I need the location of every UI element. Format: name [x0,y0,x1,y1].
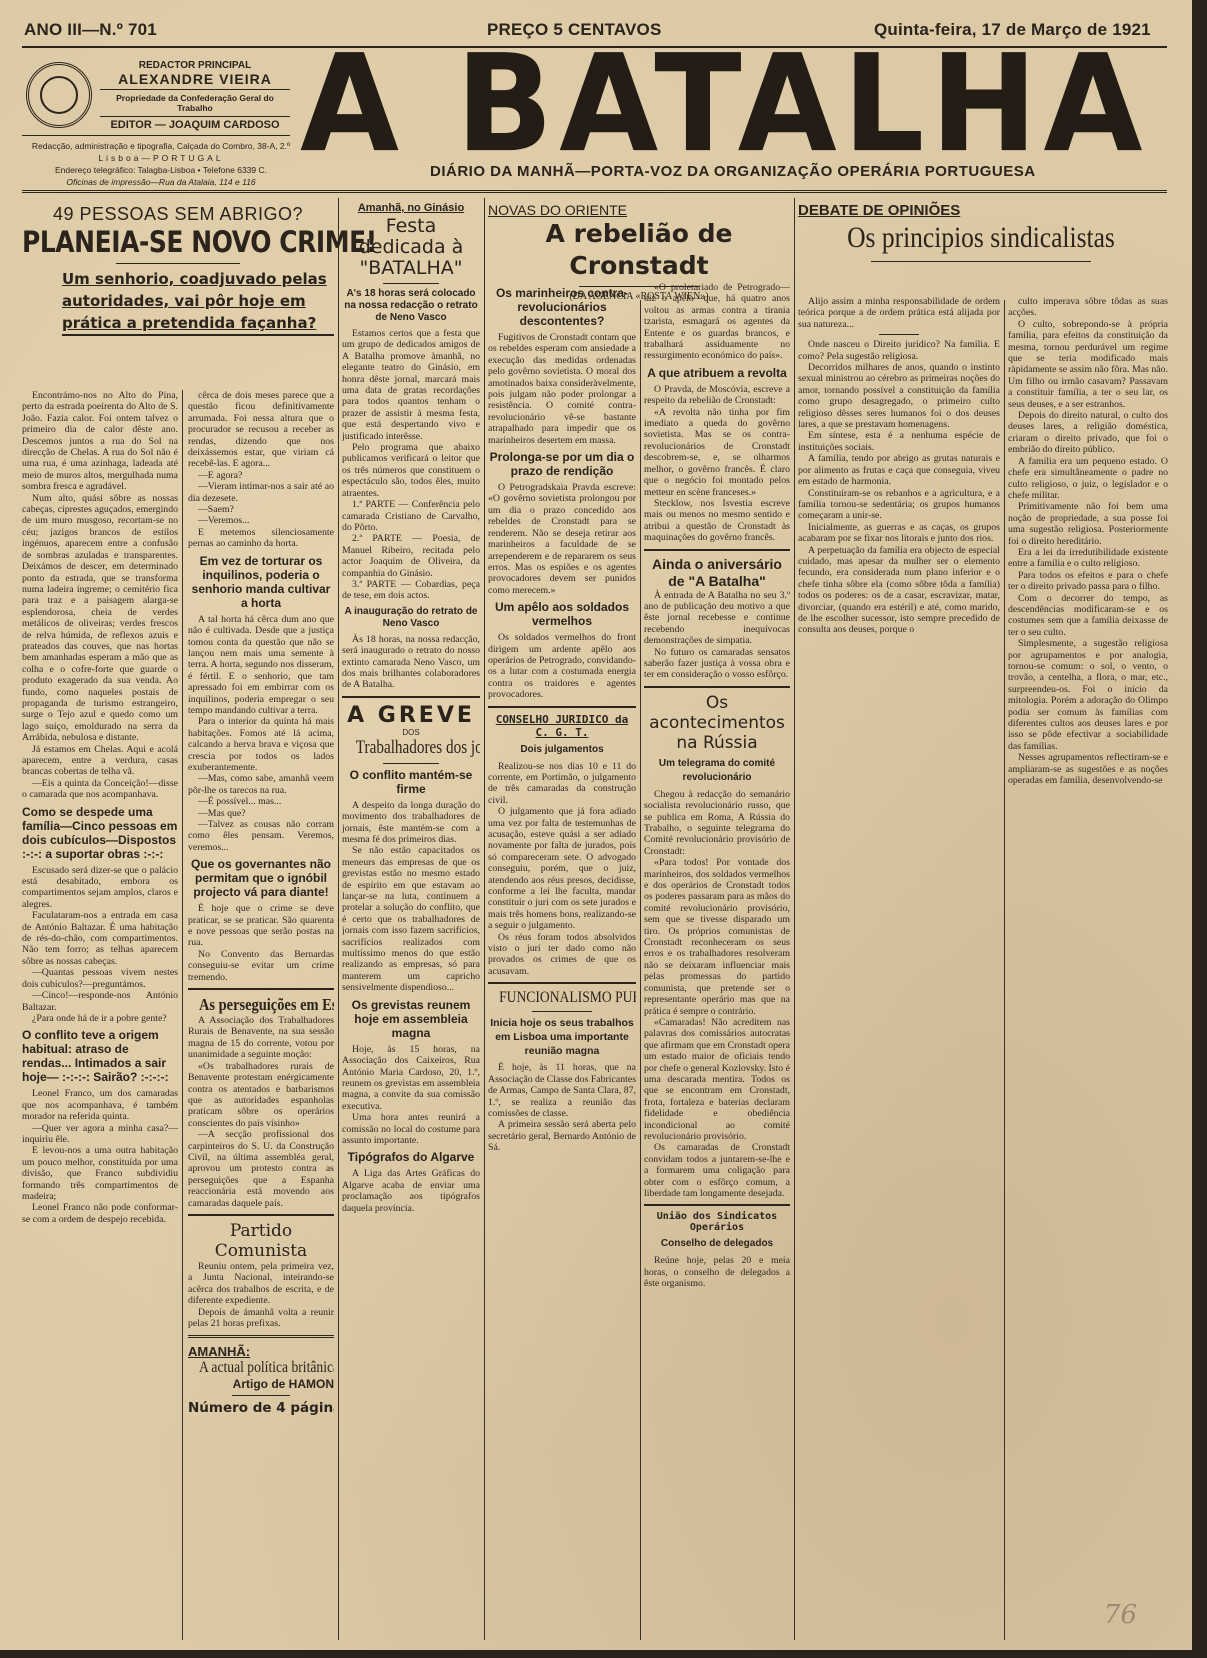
article-paragraph: Às 18 horas, na nossa redacção, será ina… [342,634,480,691]
communist-party-headline: Partido Comunista [188,1221,334,1261]
divider [383,283,438,284]
article-paragraph: Os réus foram todos absolvidos visto o j… [488,932,636,978]
article-paragraph: A perpetuação da família era objecto de … [798,545,1000,636]
city-line: Lisboa—PORTUGAL [26,152,296,164]
public-service-headline: FUNCIONALISMO PUBLICO [499,989,625,1007]
article-paragraph: Onde nasceu o Direito jurídico? Na famíl… [798,339,1000,362]
article-paragraph: Uma hora antes reunirá a comissão no loc… [342,1112,480,1146]
subheading: Tipógrafos do Algarve [342,1150,480,1164]
subheading: Os grevistas reunem hoje em assembleia m… [342,998,480,1040]
anniversary-headline: Ainda o aniversário de "A Batalha" [644,556,790,590]
column-5: «O proletariado de Petrogrado—diz o apêl… [644,282,790,1642]
column-2: cêrca de dois meses parece que a questão… [188,390,334,1642]
article-paragraph: O Pravda, de Moscóvia, escreve a respeit… [644,384,790,407]
article-paragraph: Se não estão capacitados os meneurs das … [342,845,480,993]
pages-note: Número de 4 páginas [188,1400,334,1416]
article-paragraph: A família era um pequeno estado. O chefe… [1008,456,1168,502]
article-paragraph: É hoje que o crime se deve praticar, se … [188,903,334,949]
masthead-credits: REDACTOR PRINCIPAL ALEXANDRE VIEIRA Prop… [100,60,290,131]
strike-headline: Trabalhadores dos jornais [356,737,466,759]
column-divider [640,300,641,1640]
article-paragraph: —Quantas pessoas vivem nestes dois cubíc… [22,967,178,990]
divider [644,549,790,551]
subheading: A inauguração do retrato de Neno Vasco [342,606,480,630]
russia-deck: Um telegrama do comité revolucionário [644,757,790,785]
article-paragraph: —Mas, como sabe, amanhã veem pôr-lhe os … [188,773,334,796]
address-line: Redacção, administração e tipografia, Ca… [26,140,296,152]
article-paragraph: No Convento das Bernardas conseguiu-se e… [188,949,334,983]
article-paragraph: Nesses agrupamentos reflectiram-se e amp… [1008,752,1168,786]
article-paragraph: —Veremos... [188,515,334,526]
subheading: Como se despede uma família—Cinco pessoa… [22,805,178,861]
article-paragraph: É hoje, às 11 horas, que na Associação d… [488,1062,636,1119]
divider [232,1395,290,1396]
debate-headline: Os principios sindicalistas [825,219,1136,257]
subheading: Um apêlo aos soldados vermelhos [488,600,636,628]
article-paragraph: 3.ª PARTE — Cobardias, peça de tese, em … [342,579,480,602]
article-paragraph: Fugitivos de Cronstadt contam que os reb… [488,332,636,446]
article-paragraph: Decorridos milhares de anos, quando o in… [798,362,1000,430]
article-paragraph: Em síntese, esta é a nenhuma espécie de … [798,430,1000,453]
column-4: Os marinheiros contra-revolucionários de… [488,282,636,1642]
credits-rule [22,135,290,136]
article-paragraph: ¿Para onde há de ir a pobre gente? [22,1013,178,1024]
article-paragraph: E metemos silenciosamente pernas ao cami… [188,527,334,550]
article-paragraph: À entrada de A Batalha no seu 3.º ano de… [644,590,790,647]
subheading: Prolonga-se por um dia o prazo de rendiç… [488,450,636,478]
cgt-seal-icon [26,62,92,128]
newspaper-page: ANO III—N.º 701 PREÇO 5 CENTAVOS Quinta-… [0,0,1192,1650]
article-paragraph: Inicialmente, as guerras e as caças, os … [798,522,1000,545]
newspaper-title: A BATALHA [300,37,1170,174]
divider [871,261,1091,262]
article-paragraph: Hoje, às 15 horas, na Associação dos Cai… [342,1044,480,1112]
printing-line: Oficinas de impressão—Rua da Atalaia, 11… [26,176,296,188]
article-paragraph: Alijo assim a minha responsabilidade de … [798,296,1000,330]
subheading: Dois julgamentos [488,743,636,757]
article-paragraph: «Camaradas! Não acreditem nas palavras d… [644,1017,790,1142]
column-divider [1004,300,1005,1640]
article-paragraph: —A secção profissional dos carpinteiros … [188,1129,334,1209]
article-paragraph: Depois de ámanhã volta a reunir pelas 21… [188,1307,334,1330]
article-paragraph: Escusado será dizer-se que o palácio est… [22,865,178,911]
divider [879,334,919,335]
spain-headline: As perseguições em Espanha [199,995,323,1015]
article-paragraph: —Vieram intimar-nos a sair até ao dia de… [188,481,334,504]
article-paragraph: —Eis a quinta da Conceição!—disse o cama… [22,778,178,801]
cgt-legal-headline: CONSELHO JURIDICO da C. G. T. [488,713,636,739]
address: Redacção, administração e tipografia, Ca… [26,140,296,188]
divider [188,1214,334,1216]
article-paragraph: —Mas que? [188,808,334,819]
article-paragraph: culto imperava sôbre tôdas as suas acçõe… [1008,296,1168,319]
article-paragraph: No futuro os camaradas sensatos saberão … [644,647,790,681]
article-paragraph: 1.ª PARTE — Conferência pelo camarada Cr… [342,499,480,533]
header-rule-bottom [22,190,1167,193]
redactor-name: ALEXANDRE VIEIRA [100,71,290,90]
article-paragraph: Depois do direito natural, o culto dos d… [1008,410,1168,456]
article-paragraph: Faculataram-nos a entrada em casa de Ant… [22,910,178,967]
subheading: O conflito teve a origem habitual: atras… [22,1028,178,1084]
strike-deck: O conflito mantém-se firme [342,768,480,796]
divider [383,763,438,764]
article-paragraph: A primeira sessão será aberta pelo secre… [488,1119,636,1153]
article-paragraph: E levou-nos a uma outra habitação um pou… [22,1145,178,1202]
article-paragraph: A Associação dos Trabalhadores Rurais de… [188,1015,334,1061]
column-divider [794,198,795,1640]
ownership-note: Propriedade da Confederação Geral do Tra… [100,90,290,117]
article-paragraph: «A revolta não tinha por fim imediato a … [644,407,790,498]
lead-deck: Um senhorio, coadjuvado pelas autoridade… [62,268,334,336]
article-paragraph: O julgamento que já fora adiado uma vez … [488,806,636,931]
column-6: Alijo assim a minha responsabilidade de … [798,296,1000,1642]
article-paragraph: A despeito da longa duração do movimento… [342,800,480,846]
article-paragraph: —Talvez as cousas não corram como êles p… [188,819,334,853]
article-paragraph: Primitivamente não foi bem uma noção de … [1008,501,1168,547]
divider [342,696,480,698]
tomorrow-label: AMANHÃ: [188,1344,334,1359]
article-paragraph: Para o interior da quinta há mais habita… [188,716,334,773]
column-3: Amanhã, no Ginásio Festa dedicada à "BAT… [342,198,480,1642]
article-paragraph: Num alto, quási sôbre as nossas cabeças,… [22,493,178,744]
article-paragraph: O Petrogradskaia Pravda escreve: «O govê… [488,482,636,596]
newspaper-subtitle: DIÁRIO DA MANHÃ—PORTA-VOZ DA ORGANIZAÇÃO… [430,163,1036,180]
column-1: Encontrámo-nos no Alto do Pina, perto da… [22,390,178,1642]
article-paragraph: 2.ª PARTE — Poesia, de Manuel Ribeiro, r… [342,533,480,579]
lead-kicker: 49 PESSOAS SEM ABRIGO? [22,204,334,225]
article-paragraph: A Liga das Artes Gráficas do Algarve aca… [342,1168,480,1214]
article-paragraph: Chegou à redacção do semanário socialist… [644,789,790,857]
article-paragraph: Realizou-se nos dias 10 e 11 do corrente… [488,761,636,807]
article-paragraph: Para todos os efeitos e para o chefe ter… [1008,570,1168,593]
strike-dos: DOS [342,728,480,737]
article-paragraph: Encontrámo-nos no Alto do Pina, perto da… [22,390,178,493]
article-paragraph: Os camaradas de Cronstadt convidam todos… [644,1142,790,1199]
editor-name: EDITOR — JOAQUIM CARDOSO [100,117,290,131]
article-paragraph: O culto, sobrepondo-se à própria família… [1008,319,1168,410]
article-paragraph: «Os trabalhadores rurais de Benavente pr… [188,1061,334,1129]
lead-story-header: 49 PESSOAS SEM ABRIGO? PLANEIA-SE NOVO C… [22,204,334,336]
public-service-deck: Inicia hoje os seus trabalhos em Lisboa … [488,1016,636,1058]
article-paragraph: —E agora? [188,470,334,481]
tomorrow-author: Artigo de HAMON [188,1377,334,1391]
article-paragraph: Era a lei da irredutibilidade existente … [1008,547,1168,570]
article-paragraph: Leonel Franco não pode conformar-se com … [22,1202,178,1225]
festa-deck: A's 18 horas será colocado na nossa reda… [342,288,480,324]
article-paragraph: «O proletariado de Petrogrado—diz o apêl… [644,282,790,362]
subheading: Os marinheiros contra-revolucionários de… [488,286,636,328]
festa-headline: Festa dedicada à "BATALHA" [342,216,480,279]
article-paragraph: Já estamos em Chelas. Aqui e acolá apare… [22,744,178,778]
subheading: Conselho de delegados [644,1237,790,1251]
cronstadt-kicker: NOVAS DO ORIENTE [488,202,790,218]
article-paragraph: Simplesmente, a sugestão religiosa por a… [1008,638,1168,752]
article-paragraph: —Cinco!—responde-nos António Baltazar. [22,990,178,1013]
archive-page-number: 76 [1104,1600,1137,1630]
article-paragraph: Estamos certos que a festa que um grupo … [342,328,480,442]
unions-headline: União dos Sindicatos Operários [644,1211,790,1233]
article-paragraph: Pelo programa que abaixo publicamos veri… [342,442,480,499]
subheading: Que os governantes não permitam que o ig… [188,857,334,899]
divider [532,1011,591,1012]
column-divider [182,390,183,1640]
article-paragraph: Reuniu ontem, pela primeira vez, a Junta… [188,1261,334,1307]
article-paragraph: Constituíram-se os rebanhos e a agricult… [798,488,1000,522]
divider [488,982,636,984]
russia-headline: Os acontecimentos na Rússia [644,693,790,753]
telegraph-line: Endereço telegráfico: Talagba-Lisboa • T… [26,164,296,176]
article-paragraph: «Para todos! Por vontade dos marinheiros… [644,857,790,1017]
divider [188,988,334,990]
article-paragraph: Com o decorrer do tempo, as descendência… [1008,593,1168,639]
redactor-label: REDACTOR PRINCIPAL [100,60,290,71]
tomorrow-title: A actual política britânica [199,1359,323,1377]
subheading: A que atribuem a revolta [644,366,790,380]
article-paragraph: A família, tendo por abrigo as grutas na… [798,453,1000,487]
column-7: culto imperava sôbre tôdas as suas acçõe… [1008,296,1168,1642]
article-paragraph: Reúne hoje, pelas 20 e meia horas, o con… [644,1255,790,1289]
article-paragraph: —Quer ver agora a minha casa?—inquiriu ê… [22,1123,178,1146]
divider [488,706,636,708]
divider [116,263,241,264]
column-divider [338,198,339,1640]
article-paragraph: Stecklow, nos Isvestia escreve mais ou m… [644,498,790,544]
cronstadt-headline: A rebelião de Cronstadt [488,218,790,282]
article-paragraph: Os soldados vermelhos do front dirigem u… [488,632,636,700]
debate-header: DEBATE DE OPINIÕES Os principios sindica… [798,202,1164,266]
divider [188,1335,334,1338]
debate-kicker: DEBATE DE OPINIÕES [798,202,1164,219]
subheading: Em vez de torturar os inquilinos, poderi… [188,554,334,610]
article-paragraph: —É possível... mas... [188,796,334,807]
article-paragraph: A tal horta há cêrca dum ano que não é c… [188,614,334,717]
article-paragraph: Leonel Franco, um dos camaradas que nos … [22,1088,178,1122]
issue-number: ANO III—N.º 701 [24,20,157,40]
article-paragraph: —Saem? [188,504,334,515]
divider [644,686,790,688]
divider [644,1204,790,1206]
festa-kicker: Amanhã, no Ginásio [342,202,480,214]
lead-headline: PLANEIA-SE NOVO CRIME! [22,225,290,259]
strike-kicker: A GREVE [342,703,480,728]
column-divider [484,198,485,1640]
article-paragraph: cêrca de dois meses parece que a questão… [188,390,334,470]
